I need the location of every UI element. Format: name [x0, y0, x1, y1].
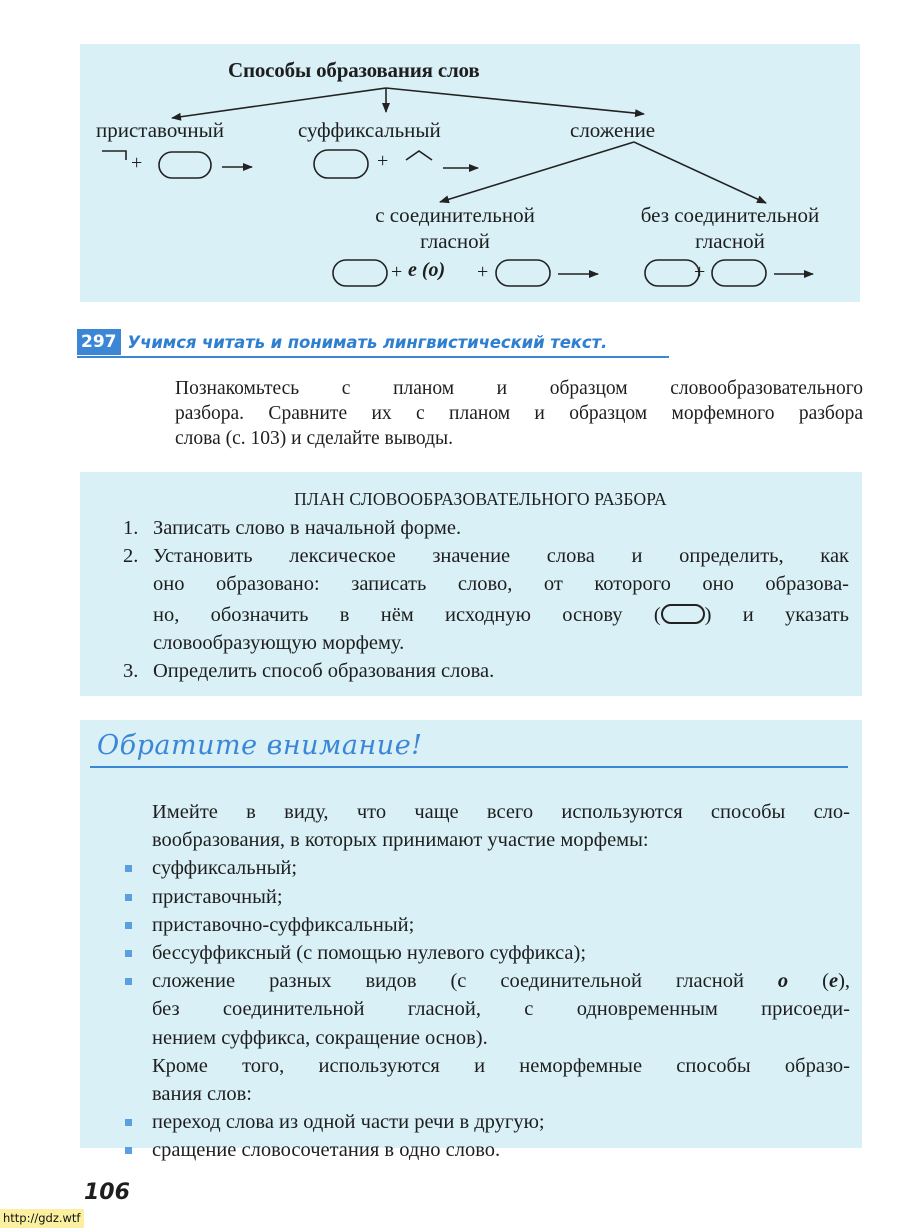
method-compound: сложение — [570, 118, 655, 143]
list-item: сложение разных видов (с соединительной … — [152, 967, 850, 995]
note-underline — [90, 766, 848, 768]
exercise-underline — [77, 356, 669, 358]
compound-without-vowel: без соединительной гласной — [612, 202, 848, 254]
plus-sign: + — [477, 261, 488, 284]
diagram-title: Способы образования слов — [228, 58, 479, 83]
plus-sign: + — [694, 261, 705, 284]
exercise-number: 297 — [77, 329, 121, 355]
list-item: бессуффиксный (с помощью нулевого суффик… — [152, 939, 850, 967]
plan-item: 1. Записать слово в начальной форме. — [123, 514, 849, 542]
plus-sign: + — [391, 261, 402, 284]
page-number: 106 — [84, 1180, 130, 1205]
list-item: суффиксальный; — [152, 854, 850, 882]
method-prefix: приставочный — [96, 118, 224, 143]
exercise-header: 297 Учимся читать и понимать лингвистиче… — [77, 329, 607, 355]
plan-item: 3. Определить способ образования слова. — [123, 657, 849, 685]
plan-list: 1. Записать слово в начальной форме. 2. … — [123, 514, 849, 685]
stem-oval-icon — [661, 604, 705, 624]
plus-sign: + — [377, 150, 388, 173]
note-heading: Обратите внимание! — [97, 730, 423, 761]
compound-with-vowel: с соединительной гласной — [350, 202, 560, 254]
connecting-vowel: e (o) — [408, 259, 445, 282]
method-suffix: суффиксальный — [298, 118, 441, 143]
list-item: переход слова из одной части речи в друг… — [152, 1108, 850, 1136]
list-item: приставочный; — [152, 883, 850, 911]
exercise-title: Учимся читать и понимать лингвистический… — [128, 333, 608, 352]
list-item: приставочно-суффиксальный; — [152, 911, 850, 939]
exercise-intro: Познакомьтесь с планом и образцом словоо… — [175, 376, 863, 451]
plus-sign: + — [131, 152, 142, 175]
list-item: сращение словосочетания в одно слово. — [152, 1136, 850, 1164]
plan-item: 2. Установить лексическое значение слова… — [123, 542, 849, 657]
plan-title: ПЛАН СЛОВООБРАЗОВАТЕЛЬНОГО РАЗБОРА — [0, 489, 901, 510]
watermark-link[interactable]: http://gdz.wtf — [0, 1209, 84, 1228]
note-body: Имейте в виду, что чаще всего используют… — [152, 798, 850, 1165]
